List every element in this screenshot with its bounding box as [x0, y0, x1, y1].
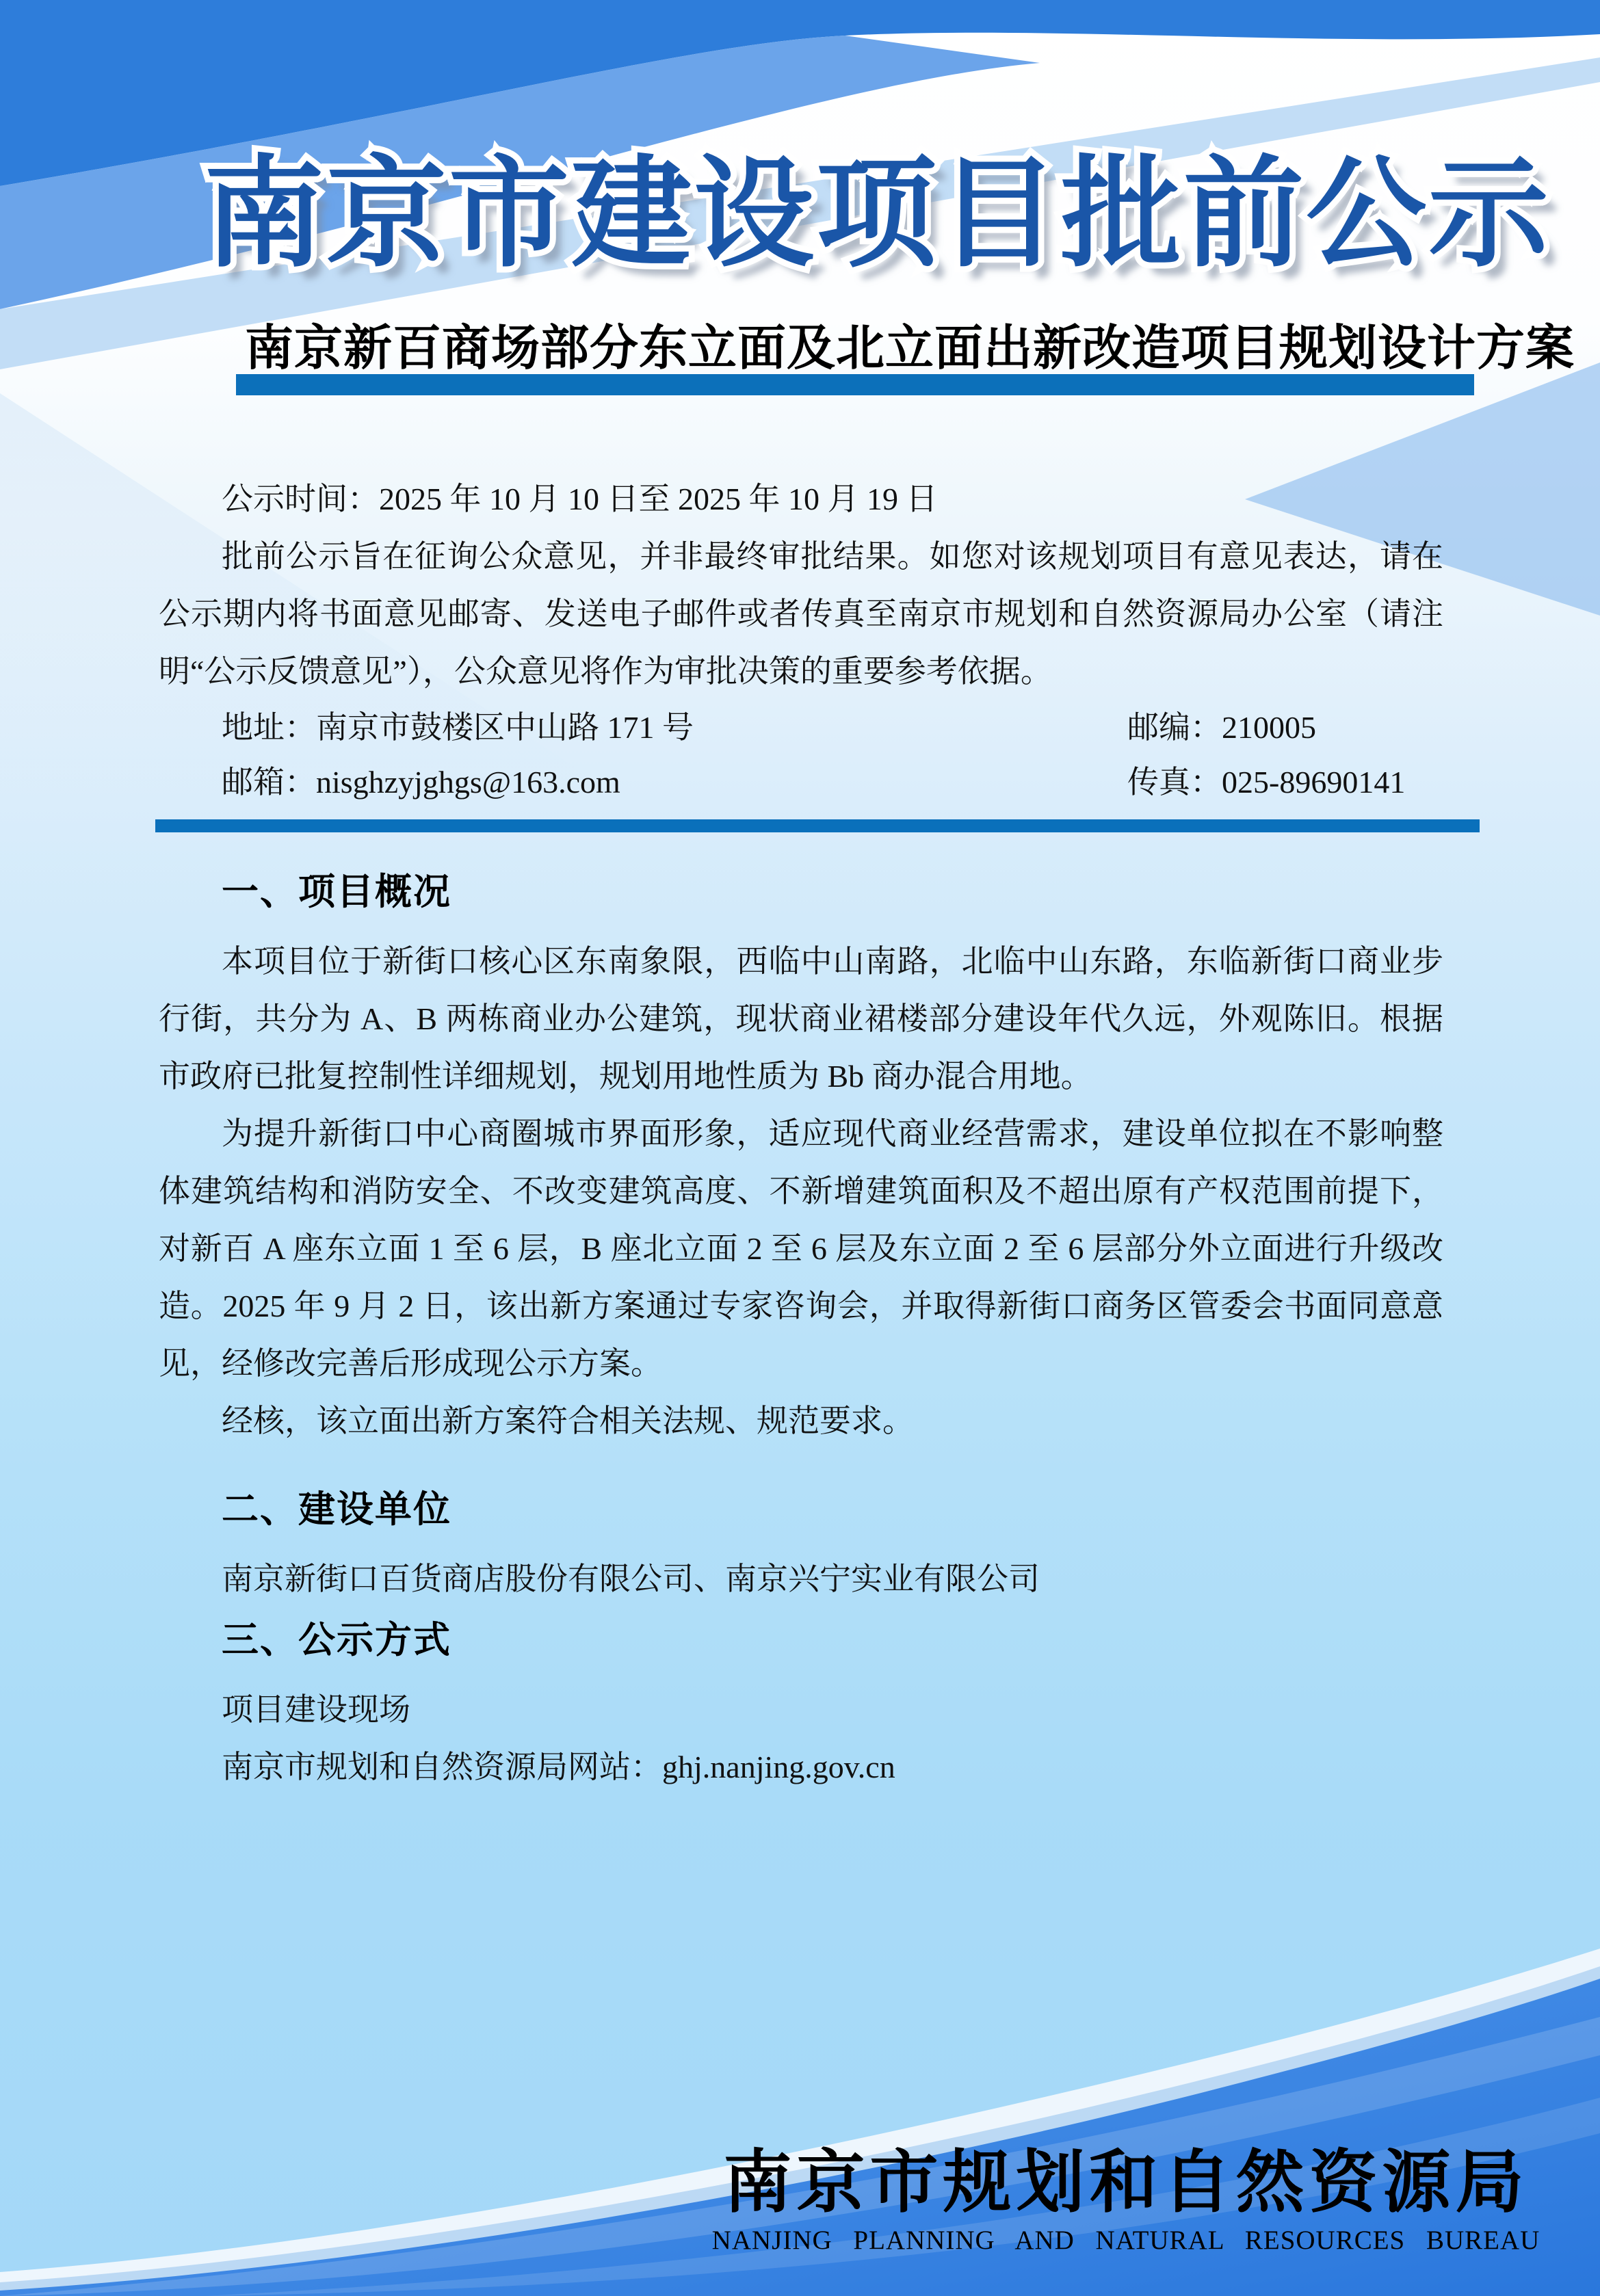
address-row: 地址：南京市鼓楼区中山路 171 号 邮编：210005 — [159, 700, 1443, 755]
fax-text: 传真：025-89690141 — [1127, 755, 1405, 810]
section-2-heading: 二、建设单位 — [159, 1488, 1443, 1531]
publicity-period-line: 公示时间：2025 年 10 月 10 日至 2025 年 10 月 19 日 — [159, 471, 1443, 528]
section-1-paragraph: 经核，该立面出新方案符合相关法规、规范要求。 — [159, 1393, 1443, 1450]
section-1-heading: 一、项目概况 — [159, 870, 1443, 914]
section-3-item: 南京市规划和自然资源局网站：ghj.nanjing.gov.cn — [159, 1739, 1443, 1796]
subtitle-underline-bar — [236, 374, 1474, 395]
notice-intro-paragraph: 批前公示旨在征询公众意见，并非最终审批结果。如您对该规划项目有意见表达，请在公示… — [159, 528, 1443, 700]
section-1-paragraph: 为提升新街口中心商圈城市界面形象，适应现代商业经营需求，建设单位拟在不影响整体建… — [159, 1105, 1443, 1393]
bureau-name-cn: 南京市规划和自然资源局 — [671, 2146, 1581, 2221]
section-3-item: 项目建设现场 — [159, 1681, 1443, 1739]
section-2-item: 南京新街口百货商店股份有限公司、南京兴宁实业有限公司 — [159, 1551, 1443, 1608]
address-text: 地址：南京市鼓楼区中山路 171 号 — [159, 710, 694, 745]
section-divider-rule — [155, 819, 1480, 832]
email-text: 邮箱：nisghzyjghgs@163.com — [159, 765, 620, 800]
page-title: 南京市建设项目批前公示 南京市建设项目批前公示 — [204, 149, 1551, 282]
section-3-heading: 三、公示方式 — [159, 1618, 1443, 1662]
bureau-signature: 南京市规划和自然资源局 NANJING PLANNING AND NATURAL… — [671, 2146, 1581, 2256]
body-content: 公示时间：2025 年 10 月 10 日至 2025 年 10 月 19 日 … — [159, 471, 1443, 1796]
bureau-name-en: NANJING PLANNING AND NATURAL RESOURCES B… — [671, 2225, 1581, 2256]
project-subtitle: 南京新百商场部分东立面及北立面出新改造项目规划设计方案 — [245, 309, 1575, 379]
email-row: 邮箱：nisghzyjghgs@163.com 传真：025-89690141 — [159, 755, 1443, 810]
postcode-text: 邮编：210005 — [1127, 700, 1316, 755]
announcement-page: 南京市建设项目批前公示 南京市建设项目批前公示 南京新百商场部分东立面及北立面出… — [0, 0, 1600, 2296]
section-1-paragraph: 本项目位于新街口核心区东南象限，西临中山南路，北临中山东路，东临新街口商业步行街… — [159, 933, 1443, 1105]
page-title-text: 南京市建设项目批前公示 — [204, 148, 1551, 282]
